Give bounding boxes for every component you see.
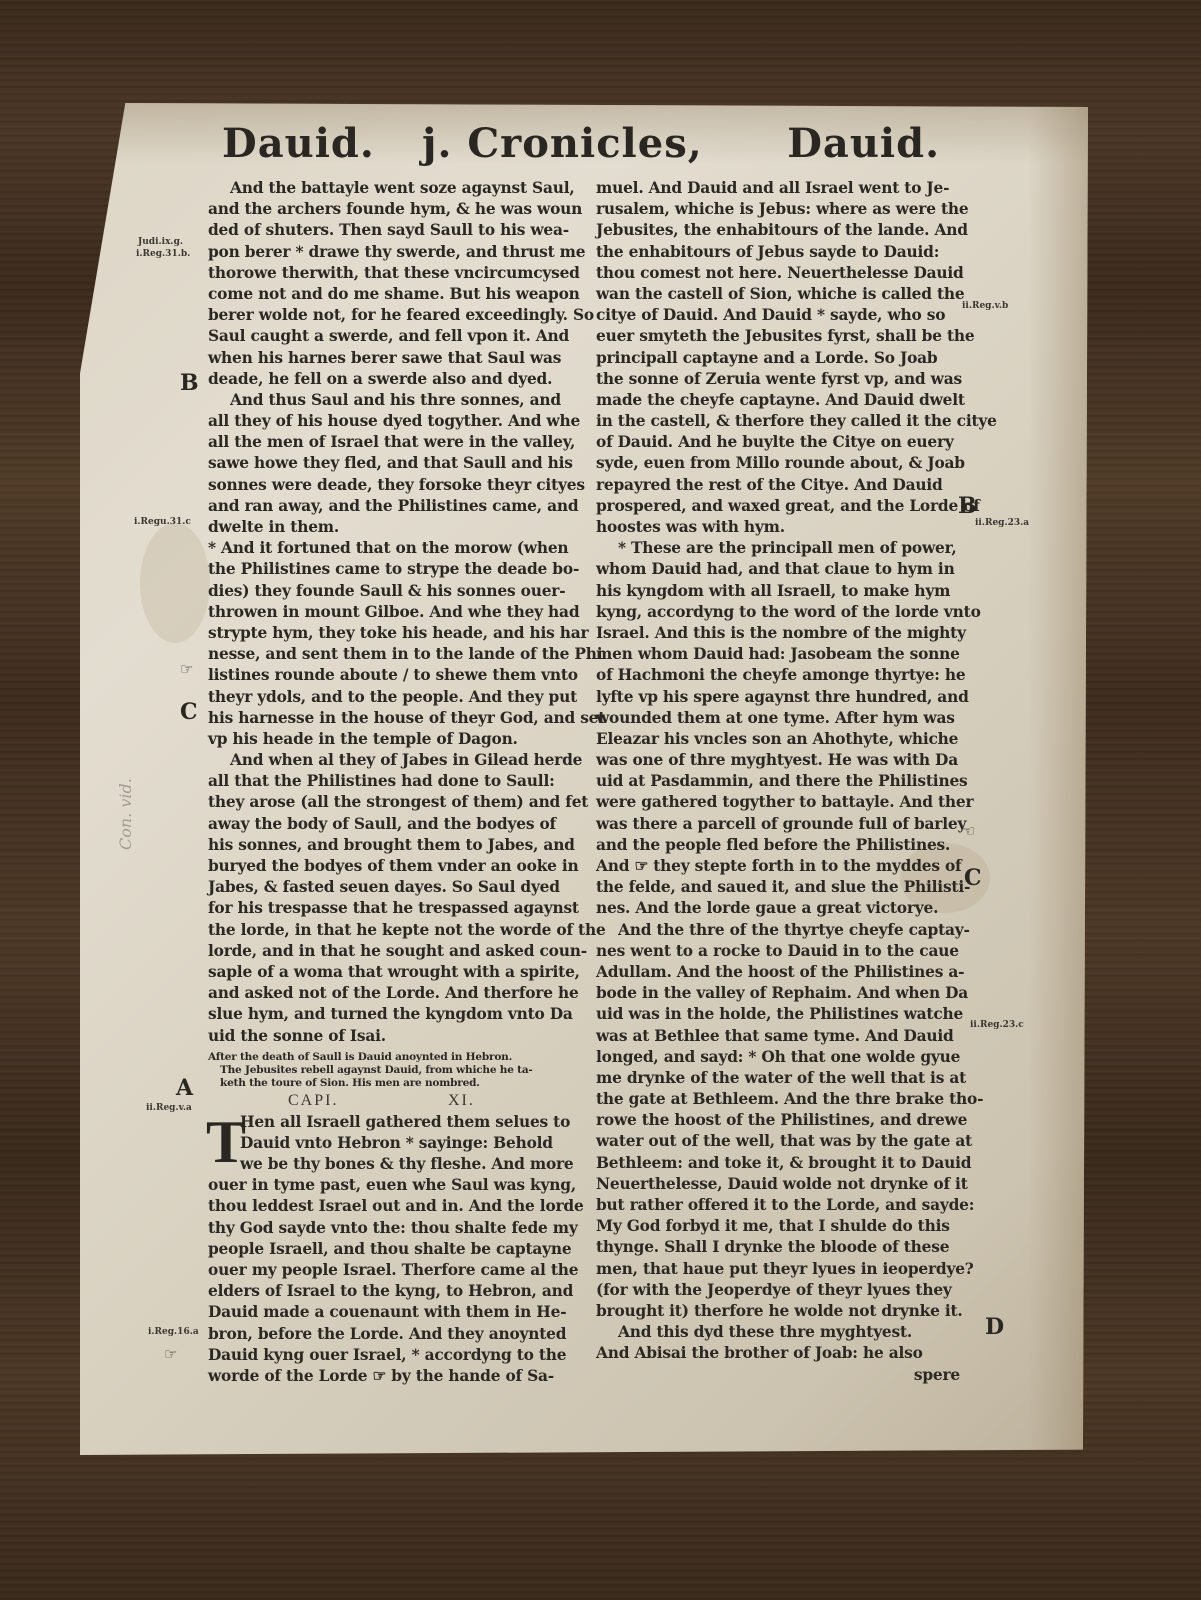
summary-line: After the death of Saull is Dauid anoynt… [208, 1051, 574, 1064]
text-line: Hen all Israell gathered them selues to [208, 1112, 574, 1133]
right-text-column: muel. And Dauid and all Israel went to J… [596, 178, 966, 1386]
text-line: thorowe therwith, that these vncircumcys… [208, 263, 574, 284]
text-line: listines rounde aboute / to shewe them v… [208, 665, 574, 686]
chapter-heading-word: CAPI. [288, 1090, 338, 1112]
text-line: ouer my people Israel. Therfore came al … [208, 1260, 574, 1281]
text-line: * And it fortuned that on the morow (whe… [208, 538, 574, 559]
text-line: thou comest not here. Neuerthelesse Daui… [596, 263, 966, 284]
text-line: sonnes were deade, they forsoke theyr ci… [208, 475, 574, 496]
text-line: when his harnes berer sawe that Saul was [208, 348, 574, 369]
text-line: saple of a woma that wrought with a spir… [208, 962, 574, 983]
text-line: theyr ydols, and to the people. And they… [208, 687, 574, 708]
text-line: made the cheyfe captayne. And Dauid dwel… [596, 390, 966, 411]
chapter-number: XI. [448, 1090, 475, 1112]
text-line: the lorde, in that he kepte not the word… [208, 920, 574, 941]
margin-cross-reference: ii.Reg.v.b [962, 301, 1008, 312]
text-line: deade, he fell on a swerde also and dyed… [208, 369, 574, 390]
text-line: they arose (all the strongest of them) a… [208, 792, 574, 813]
text-line: vp his heade in the temple of Dagon. [208, 729, 574, 750]
text-line: hoostes was with hym. [596, 517, 966, 538]
text-line: Dauid vnto Hebron * sayinge: Behold [208, 1133, 574, 1154]
header-right-title: Dauid. [787, 120, 940, 167]
text-line: his harnesse in the house of theyr God, … [208, 708, 574, 729]
text-line: and ran away, and the Philistines came, … [208, 496, 574, 517]
text-line: Neuerthelesse, Dauid wolde not drynke of… [596, 1174, 966, 1195]
summary-line: keth the toure of Sion. His men are nomb… [208, 1077, 574, 1090]
text-line: wounded them at one tyme. After hym was [596, 708, 966, 729]
text-line: people Israell, and thou shalte be capta… [208, 1239, 574, 1260]
text-line: dwelte in them. [208, 517, 574, 538]
text-line: * These are the principall men of power, [596, 538, 966, 559]
text-line: and asked not of the Lorde. And therfore… [208, 983, 574, 1004]
section-marker-c: C [964, 865, 982, 891]
text-line: muel. And Dauid and all Israel went to J… [596, 178, 966, 199]
catchword: spere [596, 1365, 966, 1386]
text-line: Israel. And this is the nombre of the mi… [596, 623, 966, 644]
text-line: And Abisai the brother of Joab: he also [596, 1343, 966, 1364]
text-line: (for with the Jeoperdye of theyr lyues t… [596, 1280, 966, 1301]
text-line: repayred the rest of the Citye. And Daui… [596, 475, 966, 496]
text-line: And thus Saul and his thre sonnes, and [208, 390, 574, 411]
text-line: and the people fled before the Philistin… [596, 835, 966, 856]
text-line: Jabes, & fasted seuen dayes. So Saul dye… [208, 877, 574, 898]
summary-line: The Jebusites rebell agaynst Dauid, from… [208, 1064, 574, 1077]
text-line: bron, before the Lorde. And they anoynte… [208, 1324, 574, 1345]
text-line: ouer in tyme past, euen whe Saul was kyn… [208, 1175, 574, 1196]
text-line: of Hachmoni the cheyfe amonge thyrtye: h… [596, 665, 966, 686]
section-marker-b: B [180, 370, 199, 396]
text-line: prospered, and waxed great, and the Lord… [596, 496, 966, 517]
text-line: Adullam. And the hoost of the Philistine… [596, 962, 966, 983]
margin-cross-reference: ii.Reg.23.c [970, 1020, 1024, 1031]
pointing-hand-icon: ☞ [164, 1345, 177, 1363]
text-line: the gate at Bethleem. And the thre brake… [596, 1089, 966, 1110]
text-line: the felde, and saued it, and slue the Ph… [596, 877, 966, 898]
text-line: all that the Philistines had done to Sau… [208, 771, 574, 792]
text-line: Eleazar his vncles son an Ahothyte, whic… [596, 729, 966, 750]
text-line: of Dauid. And he buylte the Citye on eue… [596, 432, 966, 453]
section-marker-b: B [958, 493, 977, 519]
text-line: And this dyd these thre myghtyest. [596, 1322, 966, 1343]
text-line: And the thre of the thyrtye cheyfe capta… [596, 920, 966, 941]
text-line: thou leddest Israel out and in. And the … [208, 1196, 574, 1217]
text-line: Dauid kyng ouer Israel, * accordyng to t… [208, 1345, 574, 1366]
text-line: was one of thre myghtyest. He was with D… [596, 750, 966, 771]
text-line: come not and do me shame. But his weapon [208, 284, 574, 305]
text-line: sawe howe they fled, and that Saull and … [208, 453, 574, 474]
margin-cross-reference: ii.Reg.23.a [975, 518, 1029, 529]
text-line: euer smyteth the Jebusites fyrst, shall … [596, 326, 966, 347]
text-line: away the body of Saull, and the bodyes o… [208, 814, 574, 835]
text-line: And the battayle went soze agaynst Saul, [208, 178, 574, 199]
text-line: And when al they of Jabes in Gilead herd… [208, 750, 574, 771]
text-line: Saul caught a swerde, and fell vpon it. … [208, 326, 574, 347]
text-line: bode in the valley of Rephaim. And when … [596, 983, 966, 1004]
section-marker-c: C [180, 699, 198, 725]
text-line: were gathered togyther to battayle. And … [596, 792, 966, 813]
paper-stain [140, 523, 210, 643]
drop-cap-initial: T [206, 1114, 246, 1170]
chapter-heading: CAPI. XI. [208, 1090, 574, 1112]
running-header: Dauid. j. Cronicles, Dauid. [220, 120, 940, 170]
text-line: throwen in mount Gilboe. And whe they ha… [208, 602, 574, 623]
chapter-summary: After the death of Saull is Dauid anoynt… [208, 1051, 574, 1090]
header-book-title: j. Cronicles, [422, 120, 703, 167]
text-line: kyng, accordyng to the word of the lorde… [596, 602, 966, 623]
text-line: lyfte vp his spere agaynst thre hundred,… [596, 687, 966, 708]
text-line: men, that haue put theyr lyues in ieoper… [596, 1259, 966, 1280]
text-line: rowe the hoost of the Philistines, and d… [596, 1110, 966, 1131]
margin-cross-reference: ii.Reg.v.a [146, 1103, 192, 1114]
section-marker-d: D [985, 1314, 1004, 1340]
text-line: brought it) therfore he wolde not drynke… [596, 1301, 966, 1322]
text-line: men whom Dauid had: Jasobeam the sonne [596, 644, 966, 665]
section-marker-a: A [176, 1075, 193, 1101]
text-line: principall captayne and a Lorde. So Joab [596, 348, 966, 369]
text-line: was there a parcell of grounde full of b… [596, 814, 966, 835]
text-line: but rather offered it to the Lorde, and … [596, 1195, 966, 1216]
text-line: the enhabitours of Jebus sayde to Dauid: [596, 242, 966, 263]
text-line: Dauid made a couenaunt with them in He- [208, 1302, 574, 1323]
text-line: elders of Israel to the kyng, to Hebron,… [208, 1281, 574, 1302]
text-line: wan the castell of Sion, whiche is calle… [596, 284, 966, 305]
text-line: his kyngdom with all Israell, to make hy… [596, 581, 966, 602]
text-line: uid the sonne of Isai. [208, 1026, 574, 1047]
text-line: thy God sayde vnto the: thou shalte fede… [208, 1218, 574, 1239]
text-line: nesse, and sent them in to the lande of … [208, 644, 574, 665]
header-left-title: Dauid. [222, 120, 375, 167]
text-line: we be thy bones & thy fleshe. And more [208, 1154, 574, 1175]
text-line: uid at Pasdammin, and there the Philisti… [596, 771, 966, 792]
text-line: rusalem, whiche is Jebus: where as were … [596, 199, 966, 220]
margin-cross-reference: i.Regu.31.c [134, 517, 191, 528]
text-line: in the castell, & therfore they called i… [596, 411, 966, 432]
chapter-opening: T Hen all Israell gathered them selues t… [208, 1112, 574, 1176]
pointing-hand-icon: ☞ [180, 660, 193, 678]
margin-cross-reference: Judi.ix.g. [138, 237, 183, 248]
text-line: the Philistines came to strype the deade… [208, 559, 574, 580]
text-line: slue hym, and turned the kyngdom vnto Da [208, 1004, 574, 1025]
text-line: ded of shuters. Then sayd Saull to his w… [208, 220, 574, 241]
handwritten-annotation: Con. vid. [116, 778, 135, 850]
text-line: nes. And the lorde gaue a great victorye… [596, 898, 966, 919]
text-line: nes went to a rocke to Dauid in to the c… [596, 941, 966, 962]
text-line: and the archers founde hym, & he was wou… [208, 199, 574, 220]
pointing-hand-icon: ☜ [962, 822, 975, 840]
text-line: Jebusites, the enhabitours of the lande.… [596, 220, 966, 241]
text-line: thynge. Shall I drynke the bloode of the… [596, 1237, 966, 1258]
margin-cross-reference: i.Reg.16.a [148, 1327, 199, 1338]
text-line: dies) they founde Saull & his sonnes oue… [208, 581, 574, 602]
text-line: Bethleem: and toke it, & brought it to D… [596, 1153, 966, 1174]
text-line: My God forbyd it me, that I shulde do th… [596, 1216, 966, 1237]
text-line: for his trespasse that he trespassed aga… [208, 898, 574, 919]
left-text-column: And the battayle went soze agaynst Saul,… [208, 178, 574, 1387]
text-line: syde, euen from Millo rounde about, & Jo… [596, 453, 966, 474]
text-line: longed, and sayd: * Oh that one wolde gy… [596, 1047, 966, 1068]
text-line: And ☞ they stepte forth in to the myddes… [596, 856, 966, 877]
text-line: citye of Dauid. And Dauid * sayde, who s… [596, 305, 966, 326]
text-line: his sonnes, and brought them to Jabes, a… [208, 835, 574, 856]
text-line: uid was in the holde, the Philistines wa… [596, 1004, 966, 1025]
text-line: lorde, and in that he sought and asked c… [208, 941, 574, 962]
text-line: water out of the well, that was by the g… [596, 1131, 966, 1152]
text-line: whom Dauid had, and that claue to hym in [596, 559, 966, 580]
text-line: the sonne of Zeruia wente fyrst vp, and … [596, 369, 966, 390]
text-line: pon berer * drawe thy swerde, and thrust… [208, 242, 574, 263]
text-line: all they of his house dyed togyther. And… [208, 411, 574, 432]
text-line: worde of the Lorde ☞ by the hande of Sa- [208, 1366, 574, 1387]
text-line: me drynke of the water of the well that … [596, 1068, 966, 1089]
text-line: all the men of Israel that were in the v… [208, 432, 574, 453]
text-line: strypte hym, they toke his heade, and hi… [208, 623, 574, 644]
text-line: berer wolde not, for he feared exceeding… [208, 305, 574, 326]
text-line: buryed the bodyes of them vnder an ooke … [208, 856, 574, 877]
text-line: was at Bethlee that same tyme. And Dauid [596, 1026, 966, 1047]
margin-cross-reference: i.Reg.31.b. [136, 249, 190, 260]
